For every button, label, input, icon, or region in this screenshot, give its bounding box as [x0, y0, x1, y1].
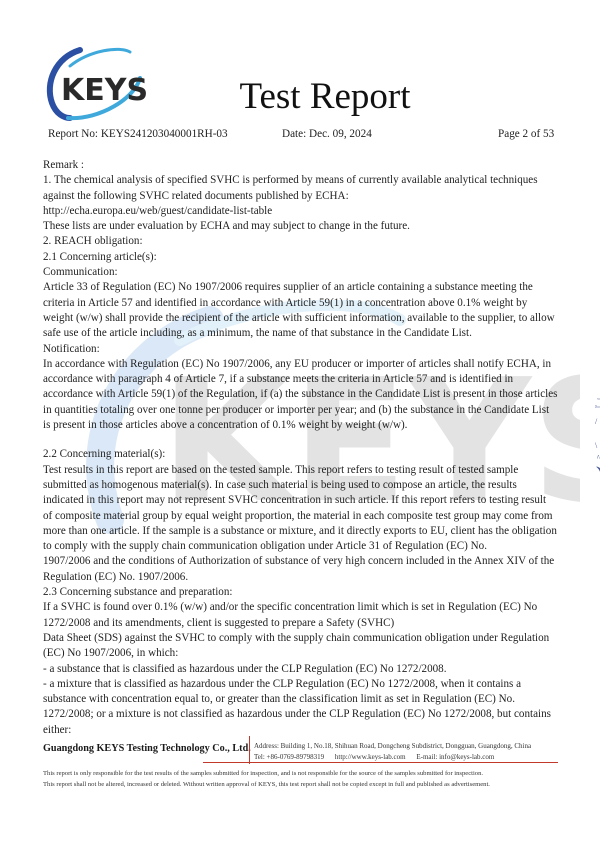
body-line: Test results in this report are based on…	[43, 463, 563, 478]
footer-address: Address: Building 1, No.18, Shihuan Road…	[254, 742, 531, 750]
body-line: accordance with paragraph 4 of Article 7…	[43, 372, 563, 387]
footer-divider-vertical	[249, 736, 250, 764]
footer-contact: Tel: +86-0769-89798319 http://www.keys-l…	[254, 753, 503, 761]
body-line: Data Sheet (SDS) against the SVHC to com…	[43, 631, 563, 646]
body-line: - a mixture that is classified as hazard…	[43, 677, 563, 692]
body-line: Communication:	[43, 265, 563, 280]
body-line: Regulation (EC) No. 1907/2006.	[43, 570, 563, 585]
body-line: 2.3 Concerning substance and preparation…	[43, 585, 563, 600]
body-line: 1272/2008; or a mixture is not classifie…	[43, 707, 563, 722]
footer-company-name: Guangdong KEYS Testing Technology Co., L…	[43, 743, 251, 754]
report-date: Date: Dec. 09, 2024	[282, 128, 372, 140]
body-line: is present in those articles above a con…	[43, 418, 563, 433]
page-number: Page 2 of 53	[498, 128, 554, 140]
body-line: These lists are under evaluation by ECHA…	[43, 219, 563, 234]
body-line: submitted as homogenous material(s). In …	[43, 478, 563, 493]
body-line: Article 33 of Regulation (EC) No 1907/20…	[43, 280, 563, 295]
body-line: - a substance that is classified as haza…	[43, 662, 563, 677]
body-line: 1907/2006 and the conditions of Authoriz…	[43, 554, 563, 569]
footer-tel: Tel: +86-0769-89798319	[254, 753, 324, 761]
disclaimer-line: This report is only responsible for the …	[43, 769, 490, 780]
body-line: in quantities totaling over one tonne pe…	[43, 403, 563, 418]
body-line: to comply with the supply chain communic…	[43, 539, 563, 554]
body-line: criteria in Article 57 and identified in…	[43, 296, 563, 311]
body-line: either:	[43, 723, 563, 738]
footer-divider-horizontal	[203, 762, 558, 763]
footer-disclaimer: This report is only responsible for the …	[43, 769, 490, 790]
body-line: substance with concentration equal to, o…	[43, 692, 563, 707]
body-line: In accordance with Regulation (EC) No 19…	[43, 357, 563, 372]
body-line: more than one article. If the sample is …	[43, 524, 563, 539]
page-title: Test Report	[0, 75, 600, 118]
body-line: weight (w/w) shall provide the recipient…	[43, 311, 563, 326]
disclaimer-line: This report shall not be altered, increa…	[43, 780, 490, 791]
report-number: Report No: KEYS241203040001RH-03	[48, 128, 228, 140]
body-line: of composite material group by equal wei…	[43, 509, 563, 524]
body-line: (EC) No 1907/2006, in which:	[43, 646, 563, 661]
body-line: 1272/2008 and its amendments, client is …	[43, 616, 563, 631]
body-line: safe use of the article including, as a …	[43, 326, 563, 341]
remarks-body: Remark :1. The chemical analysis of spec…	[43, 158, 563, 738]
footer-website[interactable]: http://www.keys-lab.com	[335, 753, 406, 761]
body-line: 2.1 Concerning article(s):	[43, 250, 563, 265]
body-line: 2. REACH obligation:	[43, 234, 563, 249]
body-line: Notification:	[43, 342, 563, 357]
footer-email[interactable]: E-mail: info@keys-lab.com	[416, 753, 494, 761]
body-line: indicated in this report may not represe…	[43, 493, 563, 508]
body-line: against the following SVHC related docum…	[43, 189, 563, 204]
body-line: 2.2 Concerning material(s):	[43, 447, 563, 462]
body-line: 1. The chemical analysis of specified SV…	[43, 173, 563, 188]
edge-stamp-marks: ﹃﹄/\〃﹅	[595, 392, 600, 476]
body-line: http://echa.europa.eu/web/guest/candidat…	[43, 204, 563, 219]
body-line: accordance with Article 59(1) of the Reg…	[43, 387, 563, 402]
body-line: If a SVHC is found over 0.1% (w/w) and/o…	[43, 600, 563, 615]
body-line: Remark :	[43, 158, 563, 173]
